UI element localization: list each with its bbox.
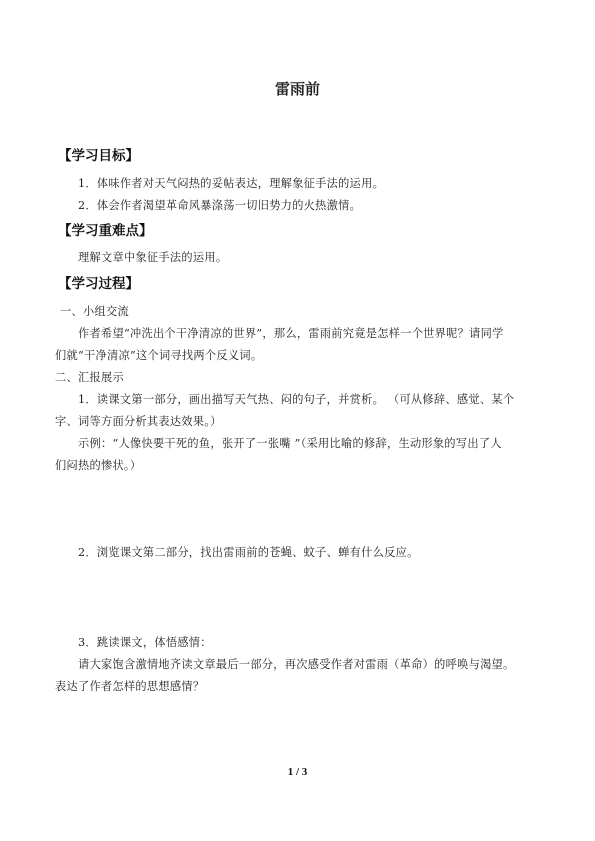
part2-q3-line1: 请大家饱含激情地齐读文章最后一部分，再次感受作者对雷雨（革命）的呼唤与渴望。 [78, 656, 515, 672]
heading-key-points: 【学习重难点】 [58, 219, 153, 239]
part1-line1: 作者希望“冲洗出个干净清凉的世界”，那么，雷雨前究竟是怎样一个世界呢？请同学 [78, 325, 504, 341]
part2-example-line1: 示例：“人像快要干死的鱼，张开了一张嘴 ”（采用比喻的修辞，生动形象的写出了人 [78, 435, 502, 451]
part2-example-line2: 们闷热的惨状。） [55, 457, 141, 473]
part2-q1-line1: 1．读课文第一部分，画出描写天气热、闷的句子，并赏析。 （可从修辞、感觉、某个 [78, 391, 514, 407]
part2-q2: 2．浏览课文第二部分，找出雷雨前的苍蝇、蚊子、蝉有什么反应。 [78, 544, 419, 560]
heading-process: 【学习过程】 [58, 272, 139, 292]
part1-title: 一、小组交流 [60, 303, 129, 319]
heading-objectives: 【学习目标】 [58, 144, 139, 164]
key-points-text: 理解文章中象征手法的运用。 [78, 249, 227, 265]
part2-q3-title: 3．跳读课文，体悟感情： [78, 634, 212, 650]
objective-item-1: 1．体味作者对天气闷热的妥帖表达，理解象征手法的运用。 [78, 175, 384, 191]
part2-q3-line2: 表达了作者怎样的思想感情？ [55, 678, 204, 694]
part1-line2: 们就“干净清凉”这个词寻找两个反义词。 [55, 347, 262, 363]
objective-item-2: 2．体会作者渴望革命风暴涤荡一切旧势力的火热激情。 [78, 197, 361, 213]
part2-q1-line2: 字、词等方面分析其表达效果。） [55, 413, 222, 429]
part2-title: 二、汇报展示 [55, 369, 124, 385]
document-title: 雷雨前 [0, 78, 595, 99]
page-number: 1 / 3 [0, 766, 595, 778]
